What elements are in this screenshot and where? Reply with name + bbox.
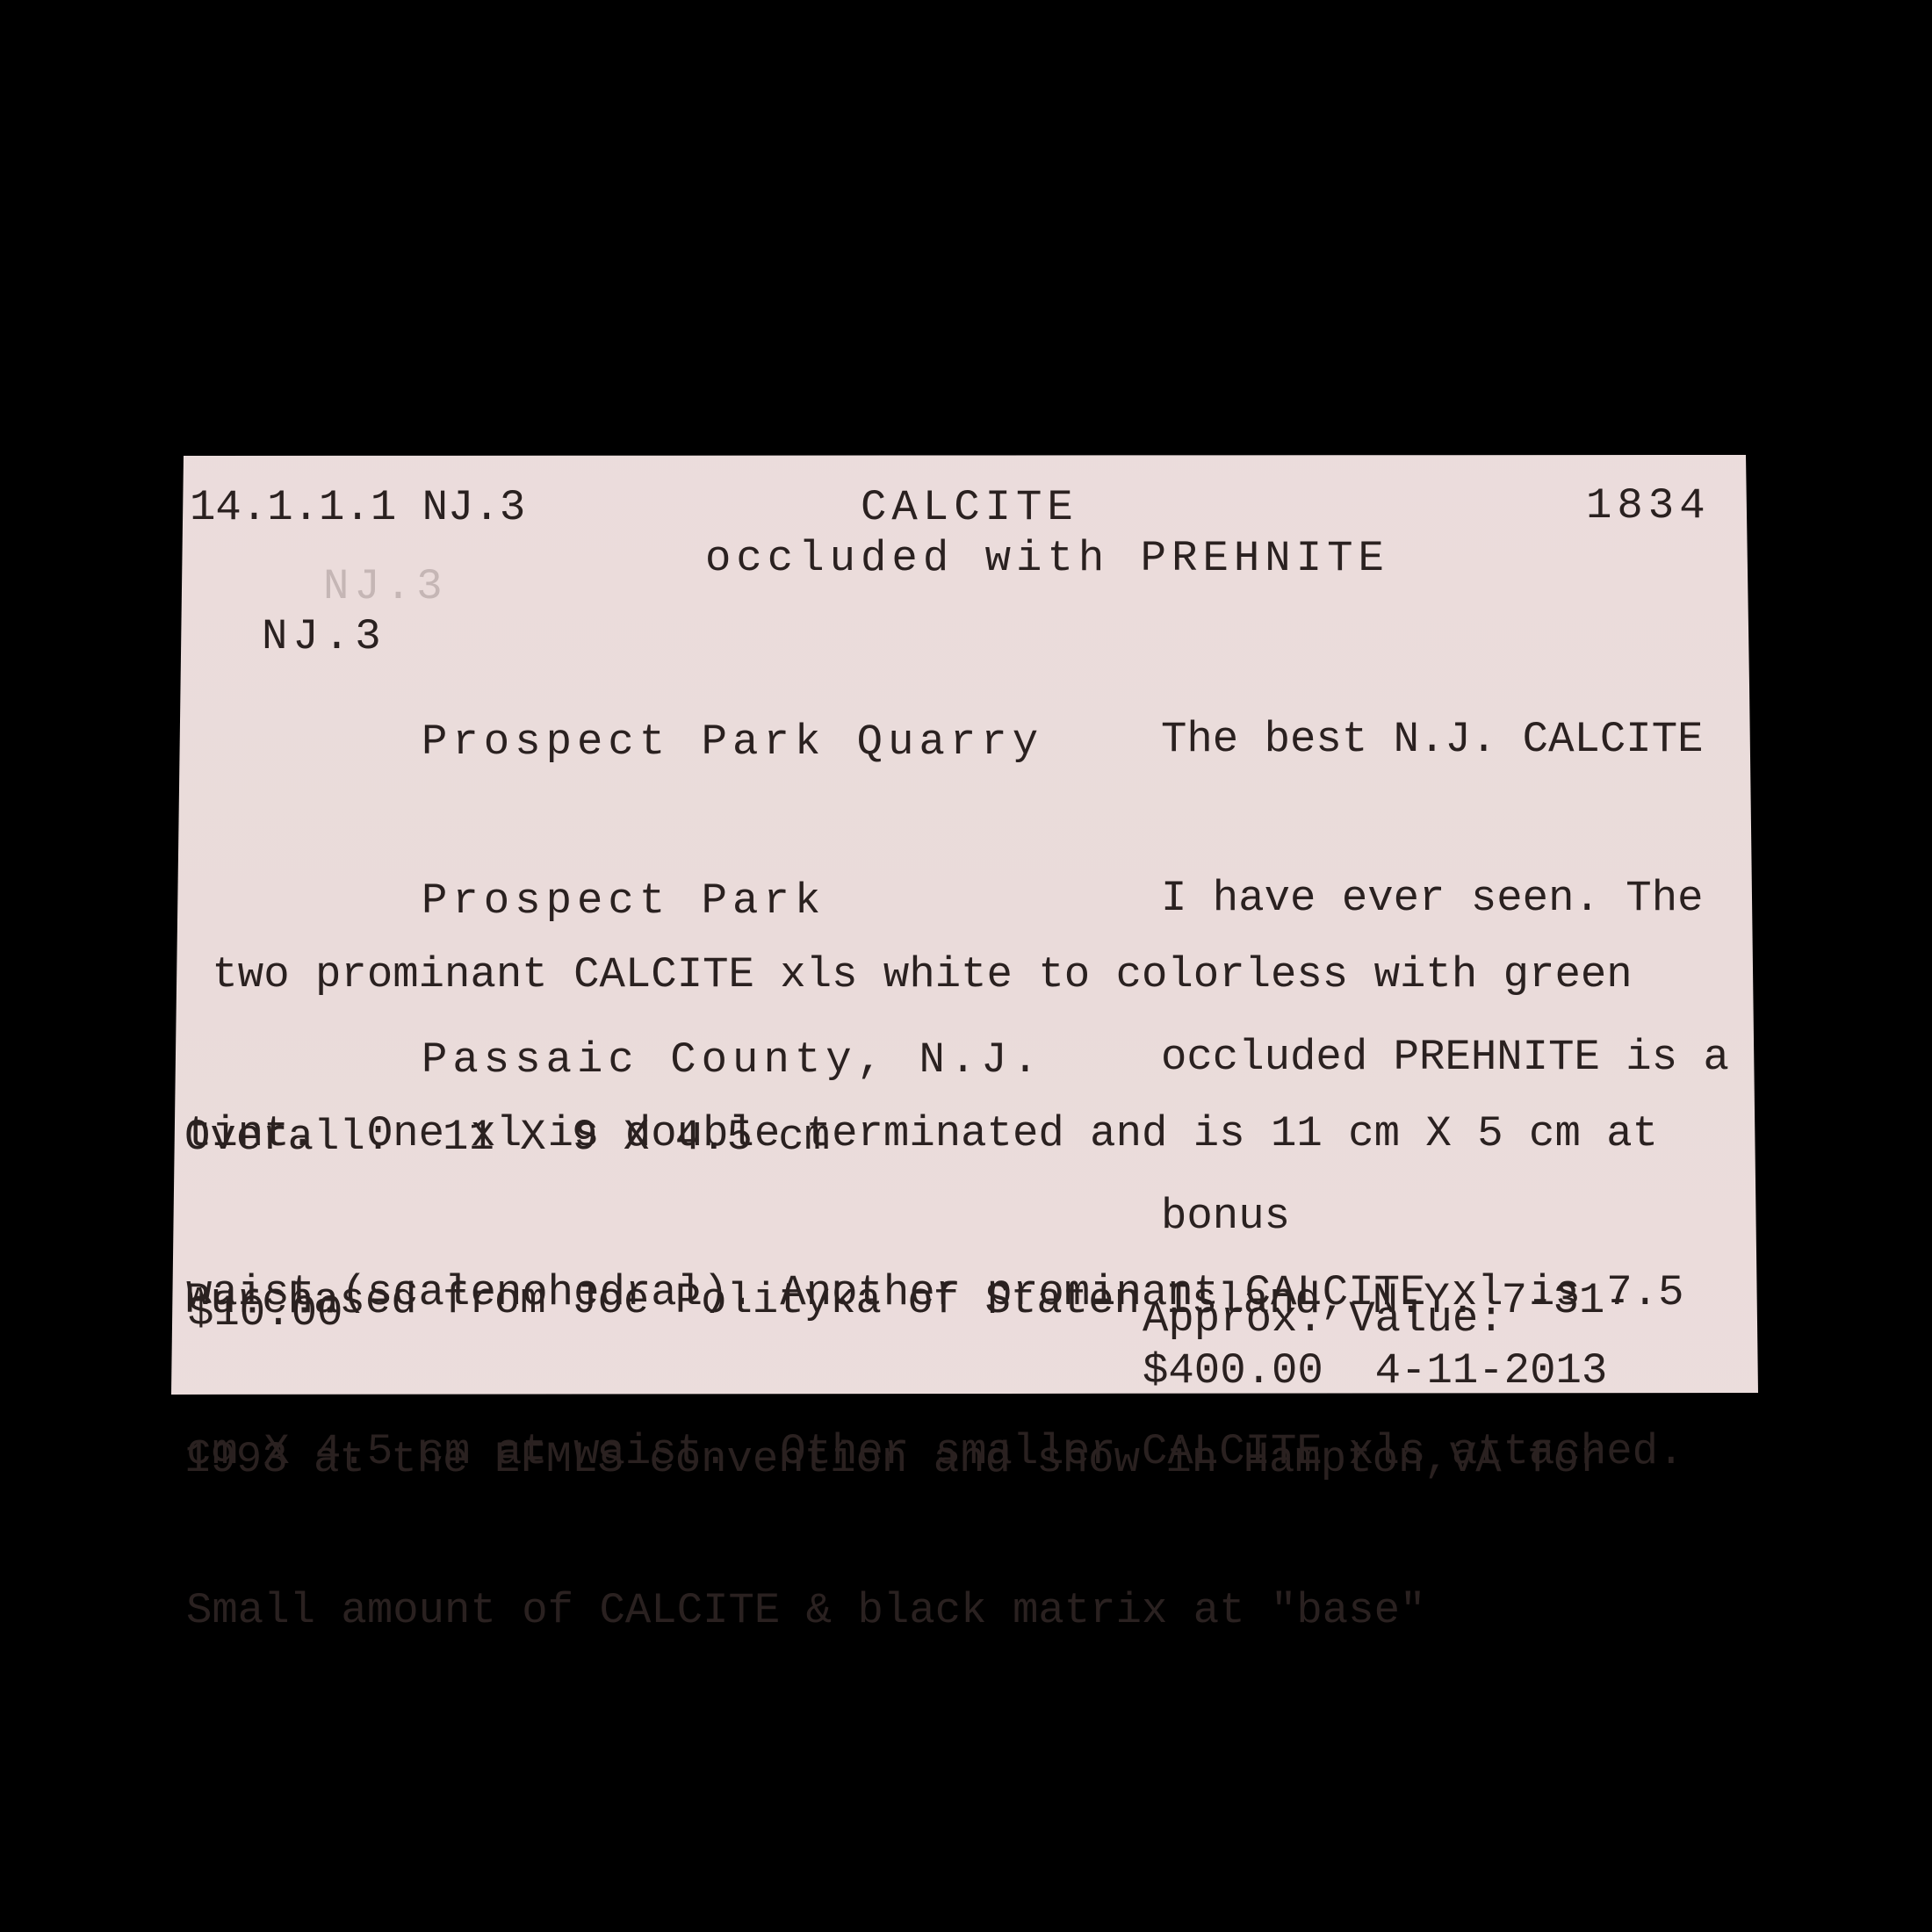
approx-value-label: Approx. Value: (1143, 1293, 1504, 1345)
overall-dimensions: Overall: 11 X 9 X 4.5 cm (184, 1111, 830, 1164)
specimen-number: 1834 (1586, 479, 1711, 532)
mineral-subtitle: occluded with PREHNITE (705, 532, 1389, 585)
mineral-name: CALCITE (861, 481, 1078, 534)
faint-locality-code: NJ.3 (323, 560, 448, 613)
approx-value: $400.00 4-11-2013 (1143, 1344, 1607, 1397)
purchase-line: 1993 at the EFMLS convention and show in… (184, 1433, 1631, 1487)
description-line: two prominant CALCITE xls white to color… (186, 948, 1683, 1002)
locality-line: Prospect Park Quarry (422, 716, 1043, 769)
catalog-code: 14.1.1.1 NJ.3 (190, 481, 525, 534)
comment-line: The best N.J. CALCITE (1161, 713, 1729, 767)
locality-code: NJ.3 (262, 610, 386, 663)
description-line: Small amount of CALCITE & black matrix a… (186, 1584, 1683, 1638)
purchase-price: $10.00 (188, 1287, 342, 1339)
